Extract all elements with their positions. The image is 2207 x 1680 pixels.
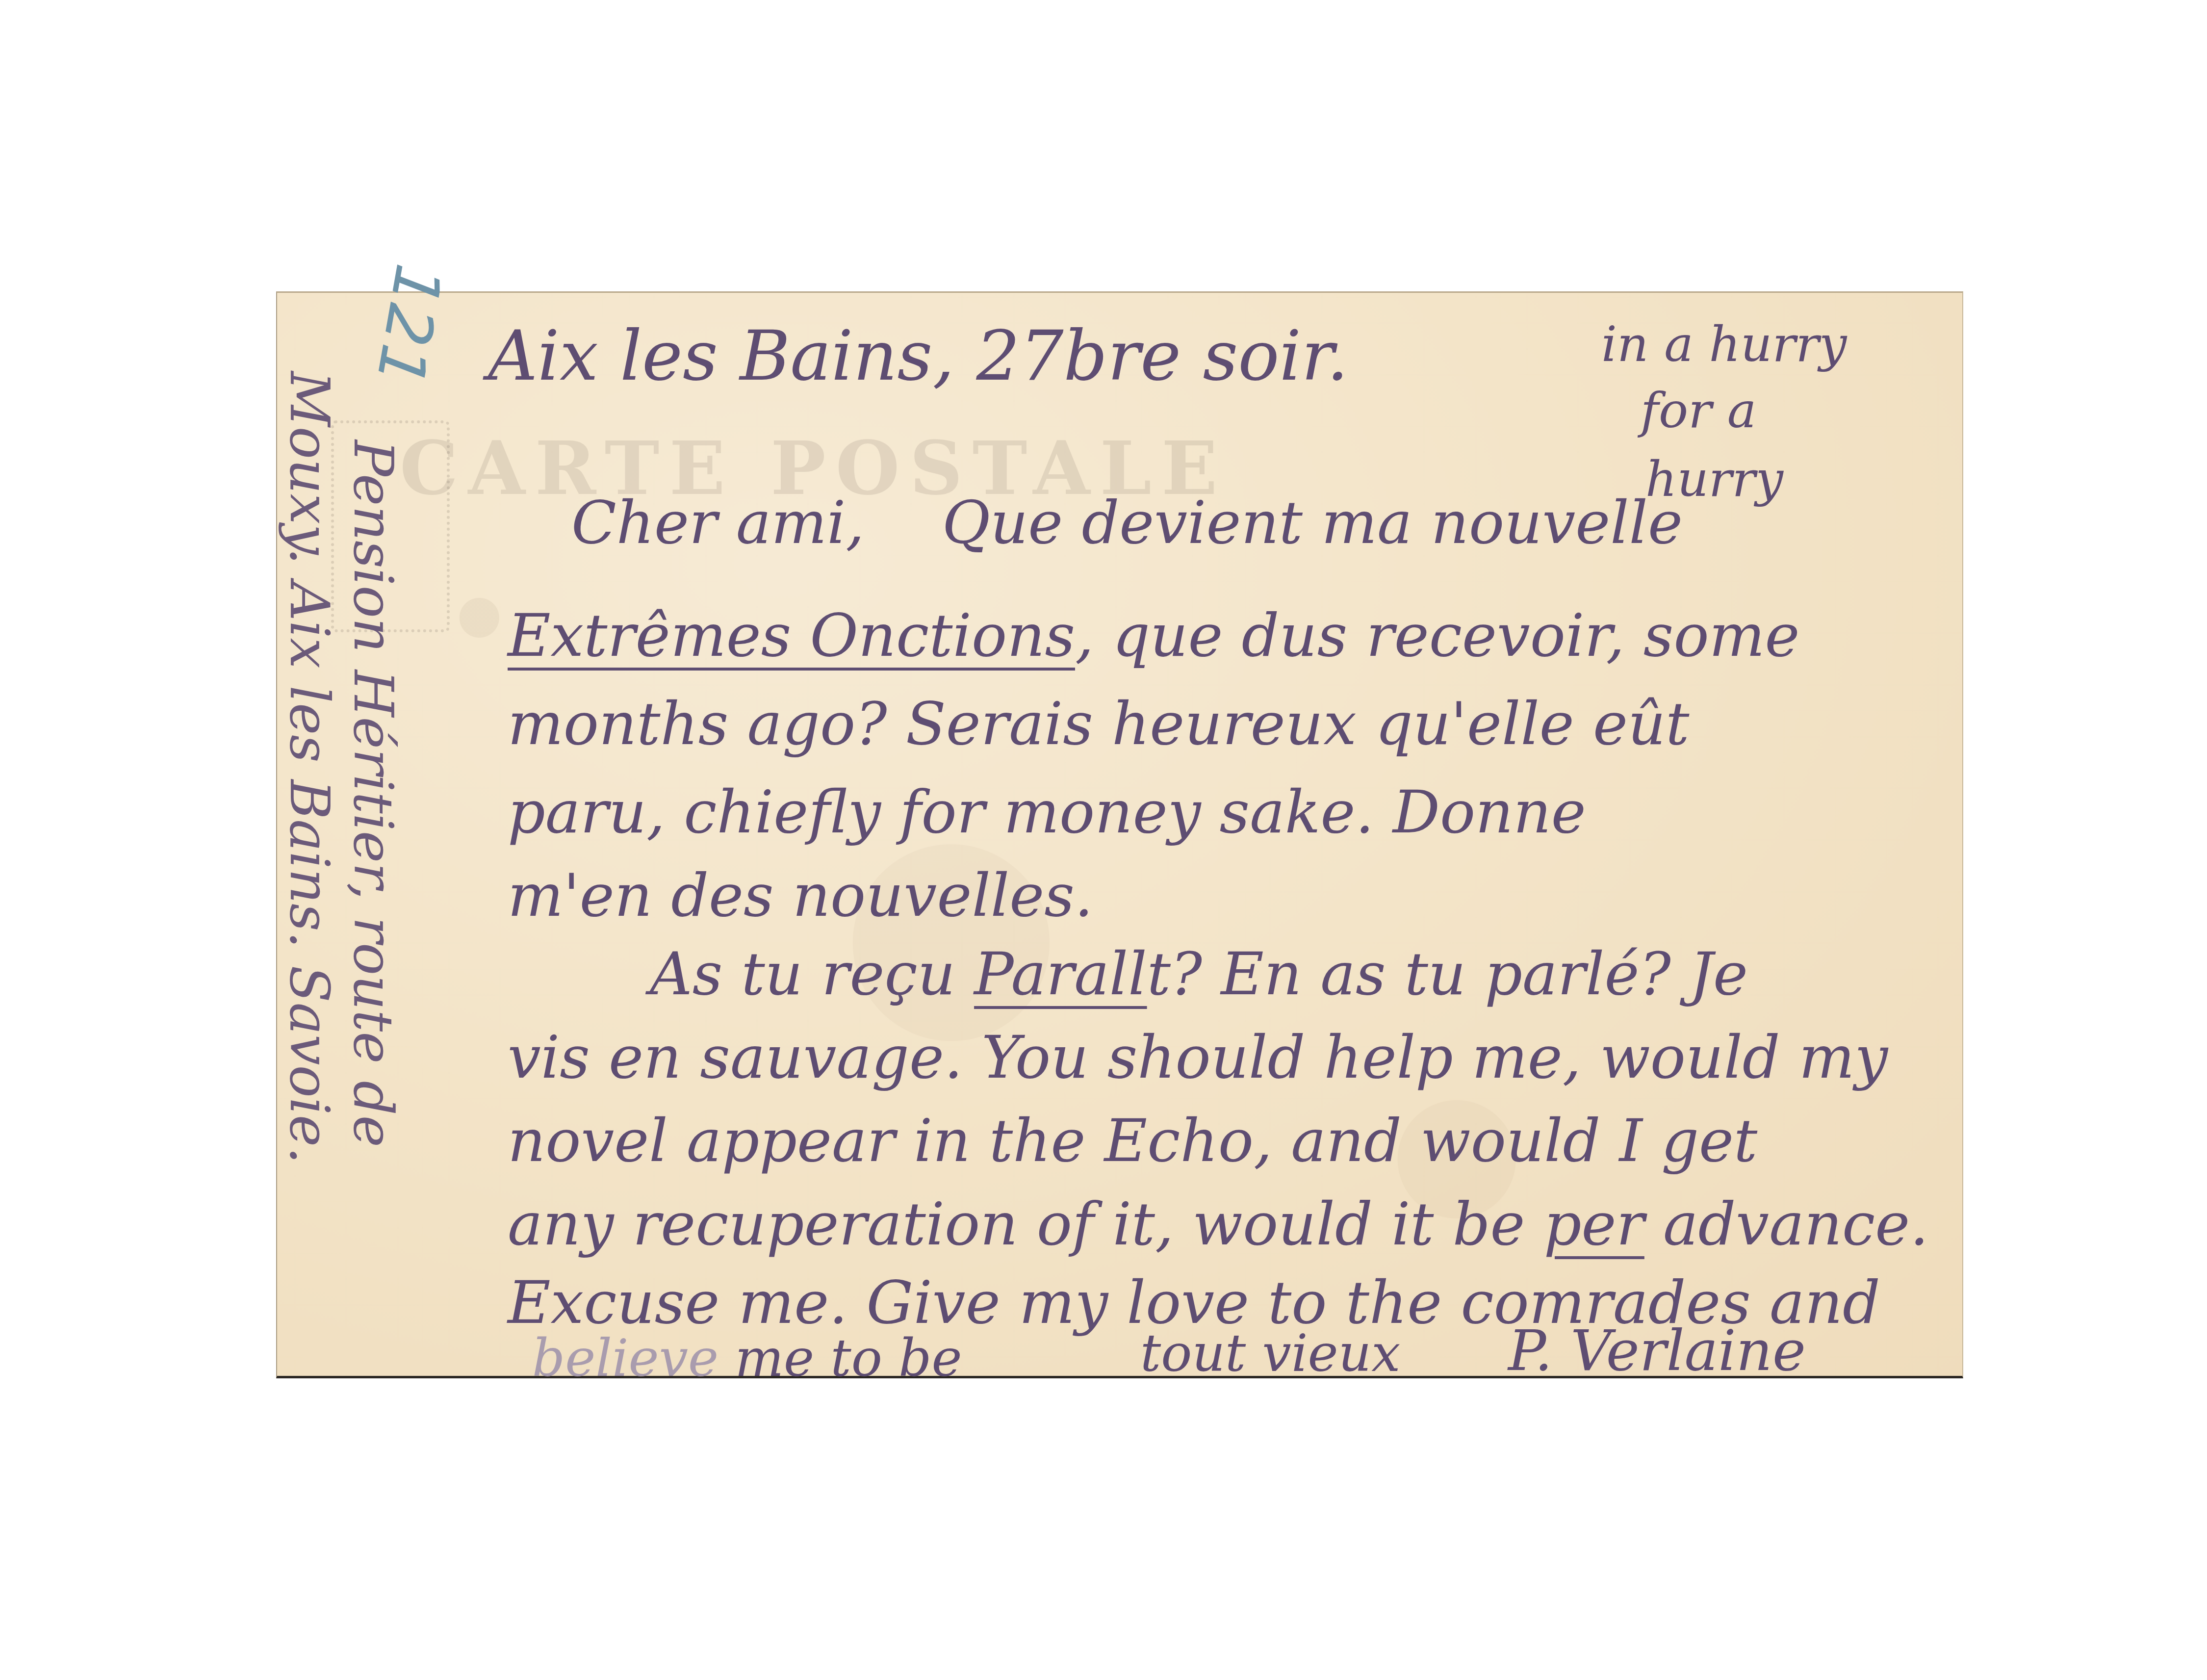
body-line-2-rest: , que dus recevoir, some xyxy=(1075,602,1800,670)
book-title-underlined: Parall xyxy=(974,940,1147,1008)
aside-line-2: for a xyxy=(1641,386,1756,435)
signature: P. Verlaine xyxy=(1508,1323,1806,1379)
body-line-11: believe me to be xyxy=(532,1333,962,1384)
body-line-2: Extrêmes Onctions, que dus recevoir, som… xyxy=(508,607,1800,666)
body-line-1-rest: Que devient ma nouvelle xyxy=(942,489,1683,557)
body-line-8: novel appear in the Echo, and would I ge… xyxy=(508,1112,1757,1171)
body-line-11-a: me to be xyxy=(719,1328,962,1388)
body-line-6: As tu reçu Parallt? En as tu parlé? Je xyxy=(650,945,1748,1004)
address-line-2: Mouxy. Aix les Bains. Savoie. xyxy=(278,371,341,1164)
place-date: Aix les Bains, 27bre soir. xyxy=(488,322,1348,391)
body-line-5: m'en des nouvelles. xyxy=(508,867,1093,926)
closing: tout vieux xyxy=(1140,1328,1401,1379)
postcard: CARTE POSTALE 121 Pension Héritier, rout… xyxy=(276,291,1963,1378)
body-line-9: any recuperation of it, would it be per … xyxy=(508,1195,1928,1254)
body-line-9-b: advance. xyxy=(1644,1190,1929,1259)
body-line-4: paru, chiefly for money sake. Donne xyxy=(508,783,1586,842)
novel-title-underlined: Extrêmes Onctions xyxy=(508,602,1075,670)
salutation: Cher ami, xyxy=(571,489,864,557)
body-line-7: vis en sauvage. You should help me, woul… xyxy=(508,1029,1888,1087)
faint-word: believe xyxy=(532,1328,719,1388)
address-line-1: Pension Héritier, route de xyxy=(342,440,405,1147)
body-line-9-a: any recuperation of it, would it be xyxy=(508,1190,1544,1259)
aside-line-1: in a hurry xyxy=(1601,320,1847,369)
body-line-3: months ago? Serais heureux qu'elle eût xyxy=(508,695,1690,754)
body-line-6-b: t? En as tu parlé? Je xyxy=(1147,940,1748,1008)
body-line-1: Cher ami, Que devient ma nouvelle xyxy=(571,494,1683,553)
per-underlined: per xyxy=(1544,1190,1644,1259)
body-line-6-a: As tu reçu xyxy=(650,940,974,1008)
